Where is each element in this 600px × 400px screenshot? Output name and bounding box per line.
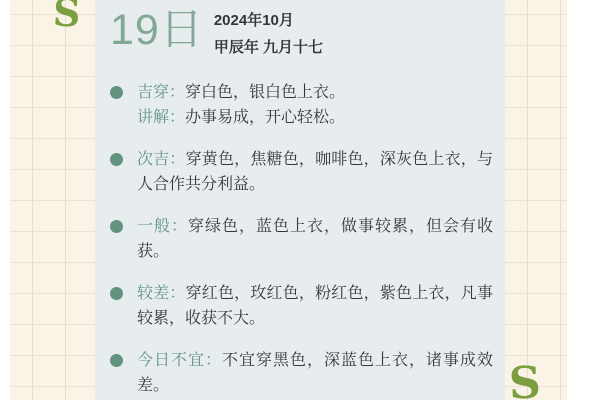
list-item-second-best: 次吉：穿黄色，焦糖色，咖啡色，深灰色上衣，与人合作共分利益。 <box>110 147 505 197</box>
gregorian-date: 2024年10月 <box>214 12 323 30</box>
item-row: 较差：穿红色，玫红色，粉红色，紫色上衣，凡事较累，收获不大。 <box>137 281 493 331</box>
row-text: 穿白色，银白色上衣。 <box>185 84 345 101</box>
bullet-icon <box>110 153 123 166</box>
item-content: 次吉：穿黄色，焦糖色，咖啡色，深灰色上衣，与人合作共分利益。 <box>137 147 493 197</box>
row-text: 穿红色，玫红色，粉红色，紫色上衣，凡事较累，收获不大。 <box>137 285 493 327</box>
decor-letter-top-left: S <box>52 0 81 33</box>
lunar-date: 甲辰年 九月十七 <box>214 39 323 57</box>
row-label: 吉穿： <box>137 84 185 101</box>
item-content: 一般：穿绿色，蓝色上衣，做事较累，但会有收获。 <box>137 214 493 264</box>
decor-letter-bottom-right: S <box>508 361 541 400</box>
item-content: 吉穿：穿白色，银白色上衣。 讲解：办事易成，开心轻松。 <box>137 80 493 130</box>
list-item-average: 一般：穿绿色，蓝色上衣，做事较累，但会有收获。 <box>110 214 505 264</box>
bullet-icon <box>110 354 123 367</box>
row-text: 办事易成，开心轻松。 <box>185 109 345 126</box>
almanac-card: S S 19日 2024年10月 甲辰年 九月十七 吉穿：穿白色，银白色上衣。 … <box>0 0 600 400</box>
item-content: 今日不宜：不宜穿黑色，深蓝色上衣，诸事成效差。 <box>137 348 493 398</box>
row-text: 穿绿色，蓝色上衣，做事较累，但会有收获。 <box>137 218 493 260</box>
bullet-icon <box>110 86 123 99</box>
bullet-icon <box>110 287 123 300</box>
list-item-best: 吉穿：穿白色，银白色上衣。 讲解：办事易成，开心轻松。 <box>110 80 505 130</box>
item-row: 次吉：穿黄色，焦糖色，咖啡色，深灰色上衣，与人合作共分利益。 <box>137 147 493 197</box>
fortune-panel: 19日 2024年10月 甲辰年 九月十七 吉穿：穿白色，银白色上衣。 讲解：办… <box>95 0 505 400</box>
right-grid-paper-strip <box>505 0 567 400</box>
date-details: 2024年10月 甲辰年 九月十七 <box>214 6 323 57</box>
row-label: 次吉： <box>137 151 186 168</box>
date-header: 19日 2024年10月 甲辰年 九月十七 <box>110 6 505 57</box>
row-label: 讲解： <box>137 109 185 126</box>
item-row: 今日不宜：不宜穿黑色，深蓝色上衣，诸事成效差。 <box>137 348 493 398</box>
row-text: 穿黄色，焦糖色，咖啡色，深灰色上衣，与人合作共分利益。 <box>137 151 493 193</box>
row-label: 一般： <box>137 218 188 235</box>
item-row: 吉穿：穿白色，银白色上衣。 <box>137 80 493 105</box>
day-of-month: 19日 <box>110 6 204 54</box>
item-row: 讲解：办事易成，开心轻松。 <box>137 105 493 130</box>
item-content: 较差：穿红色，玫红色，粉红色，紫色上衣，凡事较累，收获不大。 <box>137 281 493 331</box>
row-label: 较差： <box>137 285 186 302</box>
fortune-list: 吉穿：穿白色，银白色上衣。 讲解：办事易成，开心轻松。 次吉：穿黄色，焦糖色，咖… <box>110 80 505 398</box>
bullet-icon <box>110 220 123 233</box>
row-label: 今日不宜： <box>137 352 222 369</box>
list-item-poor: 较差：穿红色，玫红色，粉红色，紫色上衣，凡事较累，收获不大。 <box>110 281 505 331</box>
left-grid-paper-strip <box>10 0 95 400</box>
list-item-avoid: 今日不宜：不宜穿黑色，深蓝色上衣，诸事成效差。 <box>110 348 505 398</box>
item-row: 一般：穿绿色，蓝色上衣，做事较累，但会有收获。 <box>137 214 493 264</box>
